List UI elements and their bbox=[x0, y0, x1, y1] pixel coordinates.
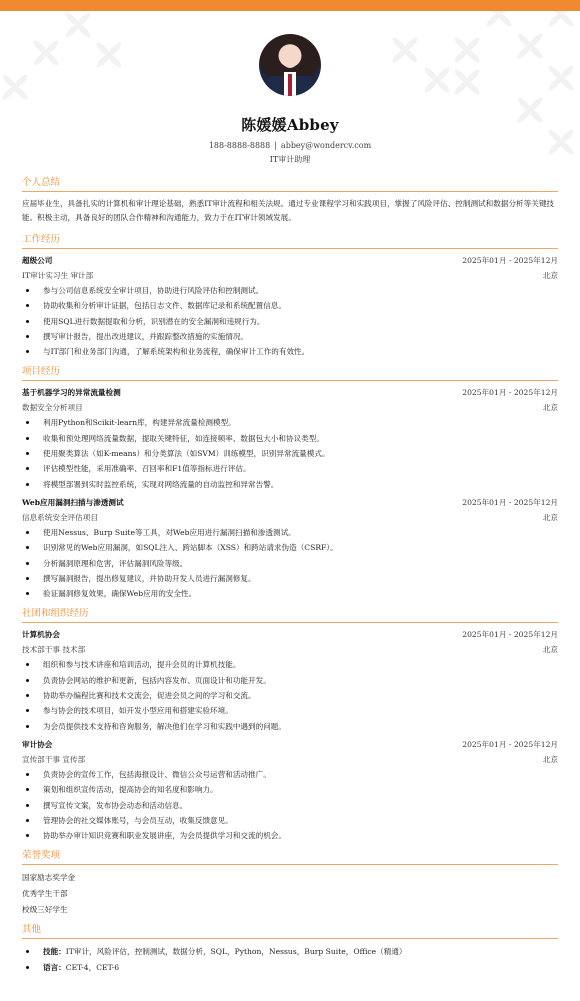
list-item: 策划和组织宣传活动，提高协会的知名度和影响力。 bbox=[22, 782, 558, 797]
list-item: 使用SQL进行数据提取和分析，识别潜在的安全漏洞和违规行为。 bbox=[22, 314, 558, 329]
entry-role: 信息系统安全评估项目 bbox=[22, 510, 98, 525]
candidate-name: 陈媛媛Abbey bbox=[0, 114, 580, 135]
section-clubs: 社团和组织经历 计算机协会2025年01月 - 2025年12月 技术部干事 技… bbox=[22, 605, 558, 843]
entry-date: 2025年01月 - 2025年12月 bbox=[462, 254, 558, 268]
section-other: 其他 技能：IT审计，风险评估，控制测试，数据分析，SQL，Python，Nes… bbox=[22, 921, 558, 975]
entry-date: 2025年01月 - 2025年12月 bbox=[462, 738, 558, 752]
list-item: 协助收集和分析审计证据，包括日志文件、数据库记录和系统配置信息。 bbox=[22, 298, 558, 313]
club-entry: 审计协会2025年01月 - 2025年12月 宣传部干事 宣传部北京 负责协会… bbox=[22, 738, 558, 843]
other-list: 技能：IT审计，风险评估，控制测试，数据分析，SQL，Python，Nessus… bbox=[22, 944, 558, 975]
list-item: 分析漏洞原理和危害，评估漏洞风险等级。 bbox=[22, 556, 558, 571]
phone[interactable]: 188-8888-8888 bbox=[209, 141, 270, 150]
section-title: 其他 bbox=[22, 921, 558, 939]
list-item: 收集和预处理网络流量数据，提取关键特征，如连接频率、数据包大小和协议类型。 bbox=[22, 431, 558, 446]
list-item: 参与公司信息系统安全审计项目，协助进行风险评估和控制测试。 bbox=[22, 283, 558, 298]
resume-body: 个人总结 应届毕业生，具备扎实的计算机和审计理论基础，熟悉IT审计流程和相关法规… bbox=[22, 174, 558, 978]
list-item: 使用Nessus、Burp Suite等工具，对Web应用进行漏洞扫描和渗透测试… bbox=[22, 525, 558, 540]
entry-date: 2025年01月 - 2025年12月 bbox=[462, 628, 558, 642]
other-value: CET-4，CET-6 bbox=[66, 963, 119, 972]
entry-role: 数据安全分析项目 bbox=[22, 400, 83, 415]
entry-date: 2025年01月 - 2025年12月 bbox=[462, 386, 558, 400]
entry-role: 宣传部干事 宣传部 bbox=[22, 752, 85, 767]
other-key: 技能： bbox=[43, 947, 66, 956]
section-title: 荣誉奖项 bbox=[22, 847, 558, 865]
email[interactable]: abbey@wondercv.com bbox=[281, 141, 371, 150]
list-item: 使用聚类算法（如K-means）和分类算法（如SVM）训练模型，识别异常流量模式… bbox=[22, 446, 558, 461]
list-item: 管理协会的社交媒体账号，与会员互动，收集反馈意见。 bbox=[22, 813, 558, 828]
entry-bullets: 负责协会的宣传工作，包括海报设计、微信公众号运营和活动推广。 策划和组织宣传活动… bbox=[22, 767, 558, 843]
section-honors: 荣誉奖项 国家励志奖学金 优秀学生干部 校级三好学生 bbox=[22, 847, 558, 918]
entry-bullets: 参与公司信息系统安全审计项目，协助进行风险评估和控制测试。 协助收集和分析审计证… bbox=[22, 283, 558, 359]
section-work: 工作经历 超级公司2025年01月 - 2025年12月 IT审计实习生 审计部… bbox=[22, 231, 558, 359]
list-item: 为会员提供技术支持和咨询服务，解决他们在学习和实践中遇到的问题。 bbox=[22, 719, 558, 734]
list-item: 将模型部署到实时监控系统，实现对网络流量的自动监控和异常告警。 bbox=[22, 477, 558, 492]
top-accent-bar bbox=[0, 0, 580, 11]
section-title: 工作经历 bbox=[22, 231, 558, 249]
summary-text: 应届毕业生，具备扎实的计算机和审计理论基础，熟悉IT审计流程和相关法规。通过专业… bbox=[22, 197, 558, 225]
entry-bullets: 组织和参与技术讲座和培训活动，提升会员的计算机技能。 负责协会网站的维护和更新，… bbox=[22, 657, 558, 733]
entry-bullets: 利用Python和Scikit-learn库，构建异常流量检测模型。 收集和预处… bbox=[22, 415, 558, 491]
entry-location: 北京 bbox=[543, 510, 558, 525]
entry-org: 计算机协会 bbox=[22, 628, 60, 642]
contact-line: 188-8888-8888|abbey@wondercv.com bbox=[0, 141, 580, 150]
list-item: 验证漏洞修复效果，确保Web应用的安全性。 bbox=[22, 586, 558, 601]
entry-org: 审计协会 bbox=[22, 738, 52, 752]
club-entry: 计算机协会2025年01月 - 2025年12月 技术部干事 技术部北京 组织和… bbox=[22, 628, 558, 733]
list-item: 协助举办审计知识竞赛和职业发展讲座，为会员提供学习和交流的机会。 bbox=[22, 828, 558, 843]
list-item: 负责协会网站的维护和更新，包括内容发布、页面设计和功能开发。 bbox=[22, 673, 558, 688]
entry-org: 基于机器学习的异常流量检测 bbox=[22, 386, 121, 400]
section-title: 社团和组织经历 bbox=[22, 605, 558, 623]
list-item: 负责协会的宣传工作，包括海报设计、微信公众号运营和活动推广。 bbox=[22, 767, 558, 782]
entry-location: 北京 bbox=[543, 642, 558, 657]
list-item: 组织和参与技术讲座和培训活动，提升会员的计算机技能。 bbox=[22, 657, 558, 672]
contact-separator: | bbox=[274, 141, 277, 150]
entry-location: 北京 bbox=[543, 400, 558, 415]
list-item: 协助举办编程比赛和技术交流会，促进会员之间的学习和交流。 bbox=[22, 688, 558, 703]
entry-date: 2025年01月 - 2025年12月 bbox=[462, 496, 558, 510]
honor-item: 校级三好学生 bbox=[22, 902, 558, 918]
list-item: 撰写审计报告，提出改进建议，并跟踪整改措施的实施情况。 bbox=[22, 329, 558, 344]
entry-role: IT审计实习生 审计部 bbox=[22, 268, 93, 283]
list-item: 评估模型性能，采用准确率、召回率和F1值等指标进行评估。 bbox=[22, 461, 558, 476]
project-entry: Web应用漏洞扫描与渗透测试2025年01月 - 2025年12月 信息系统安全… bbox=[22, 496, 558, 601]
list-item: 语言：CET-4，CET-6 bbox=[22, 960, 558, 975]
list-item: 撰写宣传文案，发布协会动态和活动信息。 bbox=[22, 798, 558, 813]
honors-list: 国家励志奖学金 优秀学生干部 校级三好学生 bbox=[22, 870, 558, 918]
entry-location: 北京 bbox=[543, 268, 558, 283]
honor-item: 国家励志奖学金 bbox=[22, 870, 558, 886]
other-value: IT审计，风险评估，控制测试，数据分析，SQL，Python，Nessus，Bu… bbox=[66, 947, 407, 956]
list-item: 与IT部门和业务部门沟通，了解系统架构和业务流程，确保审计工作的有效性。 bbox=[22, 344, 558, 359]
list-item: 利用Python和Scikit-learn库，构建异常流量检测模型。 bbox=[22, 415, 558, 430]
avatar bbox=[259, 34, 321, 96]
section-title: 项目经历 bbox=[22, 363, 558, 381]
section-title: 个人总结 bbox=[22, 174, 558, 192]
job-title: IT审计助理 bbox=[0, 154, 580, 165]
work-entry: 超级公司2025年01月 - 2025年12月 IT审计实习生 审计部北京 参与… bbox=[22, 254, 558, 359]
list-item: 识别常见的Web应用漏洞，如SQL注入、跨站脚本（XSS）和跨站请求伪造（CSR… bbox=[22, 540, 558, 555]
project-entry: 基于机器学习的异常流量检测2025年01月 - 2025年12月 数据安全分析项… bbox=[22, 386, 558, 491]
entry-role: 技术部干事 技术部 bbox=[22, 642, 85, 657]
section-summary: 个人总结 应届毕业生，具备扎实的计算机和审计理论基础，熟悉IT审计流程和相关法规… bbox=[22, 174, 558, 225]
resume-header: 陈媛媛Abbey 188-8888-8888|abbey@wondercv.co… bbox=[0, 34, 580, 165]
other-key: 语言： bbox=[43, 963, 66, 972]
resume-page: 陈媛媛Abbey 188-8888-8888|abbey@wondercv.co… bbox=[0, 0, 580, 1001]
list-item: 技能：IT审计，风险评估，控制测试，数据分析，SQL，Python，Nessus… bbox=[22, 944, 558, 959]
entry-org: 超级公司 bbox=[22, 254, 52, 268]
entry-org: Web应用漏洞扫描与渗透测试 bbox=[22, 496, 124, 510]
entry-location: 北京 bbox=[543, 752, 558, 767]
entry-bullets: 使用Nessus、Burp Suite等工具，对Web应用进行漏洞扫描和渗透测试… bbox=[22, 525, 558, 601]
honor-item: 优秀学生干部 bbox=[22, 886, 558, 902]
section-projects: 项目经历 基于机器学习的异常流量检测2025年01月 - 2025年12月 数据… bbox=[22, 363, 558, 601]
list-item: 撰写漏洞报告，提出修复建议，并协助开发人员进行漏洞修复。 bbox=[22, 571, 558, 586]
list-item: 参与协会的技术项目，如开发小型应用和搭建实验环境。 bbox=[22, 703, 558, 718]
